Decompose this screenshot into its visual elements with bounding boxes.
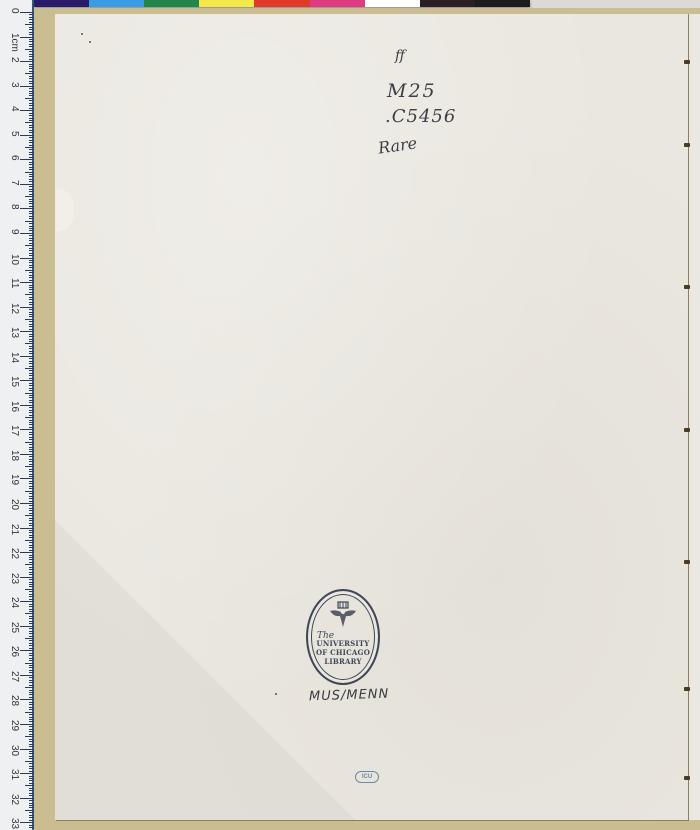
ruler-label: 7 (9, 180, 19, 186)
ruler-tick (20, 675, 34, 676)
ruler-tick (25, 49, 34, 50)
ruler-tick (20, 208, 34, 209)
ruler-tick (25, 761, 34, 762)
call-number-class: M25 (387, 80, 437, 102)
ruler-label: 5 (9, 131, 19, 137)
ruler-label: 1cm (9, 33, 19, 52)
ruler-label: 28 (9, 695, 19, 706)
ruler-label: 20 (9, 499, 19, 510)
ruler-tick (25, 24, 34, 25)
ruler-tick (20, 749, 34, 750)
ruler-tick (20, 86, 34, 87)
color-swatch-white (365, 0, 420, 7)
ruler-tick (20, 184, 34, 185)
ruler-tick (20, 429, 34, 430)
ruler-tick (20, 528, 34, 529)
ruler-label: 3 (9, 82, 19, 88)
ruler-label: 13 (9, 327, 19, 338)
stitch-mark (684, 776, 690, 780)
ruler-tick (25, 122, 34, 123)
stamp-line-university: UNIVERSITY (308, 639, 378, 648)
ruler-label: 25 (9, 622, 19, 633)
page-fold-crease (55, 520, 355, 820)
ruler-tick (20, 577, 34, 578)
ruler-label: 12 (9, 303, 19, 314)
stitch-mark (684, 687, 690, 691)
ruler-tick (25, 368, 34, 369)
ruler-label: 17 (9, 425, 19, 436)
phoenix-crest-icon (328, 601, 358, 631)
ruler-tick (25, 172, 34, 173)
ruler-tick (25, 712, 34, 713)
ruler-tick (20, 626, 34, 627)
ruler-tick (25, 589, 34, 590)
measurement-ruler: 01cm234567891011121314151617181920212223… (0, 0, 34, 830)
ruler-tick (25, 73, 34, 74)
color-swatch-indigo (34, 0, 89, 7)
ruler-tick (20, 135, 34, 136)
ruler-tick (20, 282, 34, 283)
ruler-label: 8 (9, 204, 19, 210)
stitch-mark (684, 285, 690, 289)
ruler-tick (20, 552, 34, 553)
ruler-tick (20, 110, 34, 111)
ruler-tick (25, 564, 34, 565)
ruler-label: 18 (9, 450, 19, 461)
ruler-label: 21 (9, 524, 19, 535)
shelf-location-note: MUS/MENN (309, 687, 390, 705)
ruler-label: 24 (9, 597, 19, 608)
stamp-line-library: LIBRARY (308, 657, 378, 666)
stamp-line-of-chicago: OF CHICAGO (308, 648, 378, 657)
call-number-cutter: .C5456 (385, 106, 456, 127)
ruler-label: 27 (9, 671, 19, 682)
ruler-label: 4 (9, 106, 19, 112)
ruler-tick (25, 785, 34, 786)
ruler-tick (25, 270, 34, 271)
ruler-label: 6 (9, 155, 19, 161)
color-swatch-black (475, 0, 530, 7)
paper-speck (275, 693, 277, 695)
next-page-edge (688, 14, 700, 820)
ruler-label: 31 (9, 769, 19, 780)
ruler-tick (25, 221, 34, 222)
stitch-mark (684, 60, 690, 64)
ruler-label: 29 (9, 720, 19, 731)
color-swatch-dark-gray (420, 0, 475, 7)
ruler-tick (20, 773, 34, 774)
ruler-label: 32 (9, 794, 19, 805)
stitch-mark (684, 143, 690, 147)
ruler-tick (25, 613, 34, 614)
ruler-tick (20, 307, 34, 308)
ruler-tick (20, 798, 34, 799)
call-number-prefix: ff (395, 48, 405, 64)
ruler-tick (20, 37, 34, 38)
ruler-tick (25, 687, 34, 688)
color-swatch-cyan (89, 0, 144, 7)
ruler-tick (20, 331, 34, 332)
ruler-label: 19 (9, 474, 19, 485)
color-swatch-red (254, 0, 309, 7)
ruler-label: 2 (9, 57, 19, 63)
ruler-tick (20, 650, 34, 651)
ruler-tick (20, 503, 34, 504)
icu-badge: ICU (355, 771, 379, 783)
color-swatch-yellow (199, 0, 254, 7)
ruler-label: 14 (9, 352, 19, 363)
ruler-tick (25, 196, 34, 197)
ruler-tick (25, 515, 34, 516)
paper-speck (81, 33, 83, 35)
library-stamp: The UNIVERSITY OF CHICAGO LIBRARY (306, 589, 380, 685)
color-swatch-magenta (310, 0, 365, 7)
ruler-tick (20, 159, 34, 160)
ruler-label: 26 (9, 646, 19, 657)
ruler-tick (25, 540, 34, 541)
ruler-tick (20, 454, 34, 455)
ruler-tick (20, 12, 34, 13)
ruler-tick (25, 466, 34, 467)
ruler-label: 30 (9, 745, 19, 756)
ruler-tick (20, 724, 34, 725)
ruler-label: 9 (9, 229, 19, 235)
stitch-mark (684, 428, 690, 432)
ruler-tick (25, 98, 34, 99)
ruler-label: 16 (9, 401, 19, 412)
ruler-label: 33 (9, 818, 19, 829)
ruler-label: 11 (9, 278, 19, 288)
ruler-tick (20, 822, 34, 823)
ruler-tick (20, 233, 34, 234)
ruler-tick (20, 601, 34, 602)
ruler-tick (20, 356, 34, 357)
ruler-tick (25, 638, 34, 639)
ruler-tick (20, 380, 34, 381)
color-swatch-green (144, 0, 199, 7)
ruler-tick (25, 663, 34, 664)
ruler-tick (25, 736, 34, 737)
ruler-label: 23 (9, 573, 19, 584)
ruler-label: 0 (9, 8, 19, 14)
ruler-tick (25, 245, 34, 246)
ruler-tick (20, 699, 34, 700)
ruler-tick (20, 405, 34, 406)
ruler-tick (25, 147, 34, 148)
ruler-tick (25, 343, 34, 344)
ruler-tick (25, 417, 34, 418)
ruler-tick (20, 61, 34, 62)
ruler-tick (20, 258, 34, 259)
ruler-tick (20, 478, 34, 479)
ruler-tick (25, 294, 34, 295)
ruler-tick (25, 319, 34, 320)
color-calibration-bar (34, 0, 530, 7)
ruler-tick (25, 810, 34, 811)
ruler-label: 15 (9, 376, 19, 387)
ruler-tick (25, 393, 34, 394)
ruler-label: 22 (9, 548, 19, 559)
ruler-tick (25, 442, 34, 443)
ruler-label: 10 (9, 254, 19, 265)
ruler-tick (25, 491, 34, 492)
paper-speck (89, 41, 91, 43)
stitch-mark (684, 560, 690, 564)
